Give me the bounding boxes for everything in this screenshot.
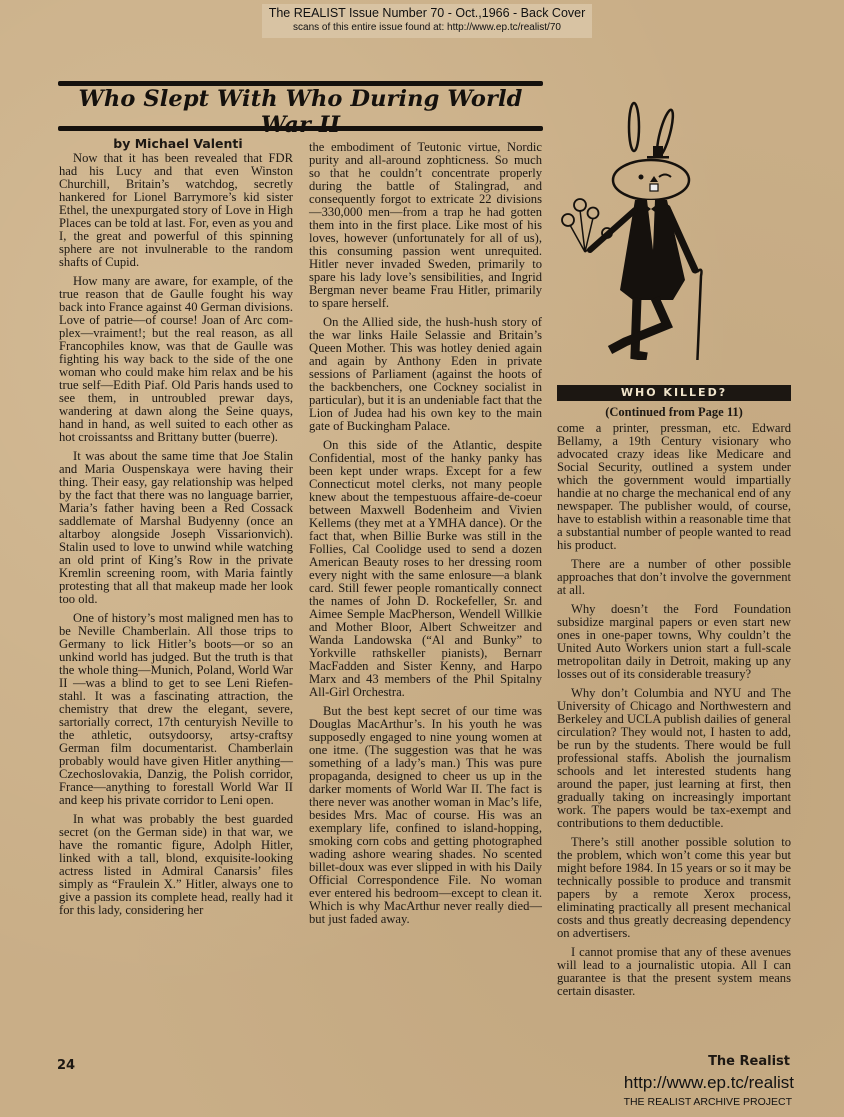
archive-project-label: THE REALIST ARCHIVE PROJECT [624,1096,792,1108]
paragraph: Why doesn’t the Ford Foundation subsidiz… [557,603,791,681]
paragraph: Why don’t Columbia and NYU and The Unive… [557,687,791,830]
archive-header-title: The REALIST Issue Number 70 - Oct.,1966 … [262,6,592,21]
headline-rule-bottom [58,126,543,131]
paragraph: Now that it has been revealed that FDR h… [59,152,293,269]
article-column-2: the embodiment of Teutonic virtue, Nordi… [309,141,542,932]
archive-header-source: scans of this entire issue found at: htt… [262,21,592,34]
paragraph: It was about the same time that Joe Stal… [59,450,293,606]
archive-header: The REALIST Issue Number 70 - Oct.,1966 … [262,4,592,38]
dapper-bunny-icon [555,100,725,360]
paragraph: In what was probably the best guarded se… [59,813,293,917]
continued-from-note: (Continued from Page 11) [557,405,791,420]
paragraph: How many are aware, for example, of the … [59,275,293,444]
article-byline: by Michael Valenti [58,136,298,151]
magazine-name: The Realist [708,1054,790,1069]
sidebar-column: come a printer, pressman, etc. Edward Be… [557,422,791,1004]
archive-url-link[interactable]: http://www.ep.tc/realist [624,1073,794,1093]
section-label-who-killed: WHO KILLED? [557,385,791,401]
page-number: 24 [57,1058,75,1073]
paragraph: But the best kept secret of our time was… [309,705,542,926]
paragraph: On this side of the Atlantic, despite Co… [309,439,542,699]
paragraph: On the Allied side, the hush-hush story … [309,316,542,433]
paragraph: There’s still another possible solu­tion… [557,836,791,940]
paragraph: the embodiment of Teutonic virtue, Nordi… [309,141,542,310]
paragraph: One of history’s most maligned men has t… [59,612,293,807]
paragraph: I cannot promise that any of these avenu… [557,946,791,998]
article-column-1: Now that it has been revealed that FDR h… [59,152,293,923]
paragraph: come a printer, pressman, etc. Edward Be… [557,422,791,552]
paragraph: There are a number of other possible app… [557,558,791,597]
